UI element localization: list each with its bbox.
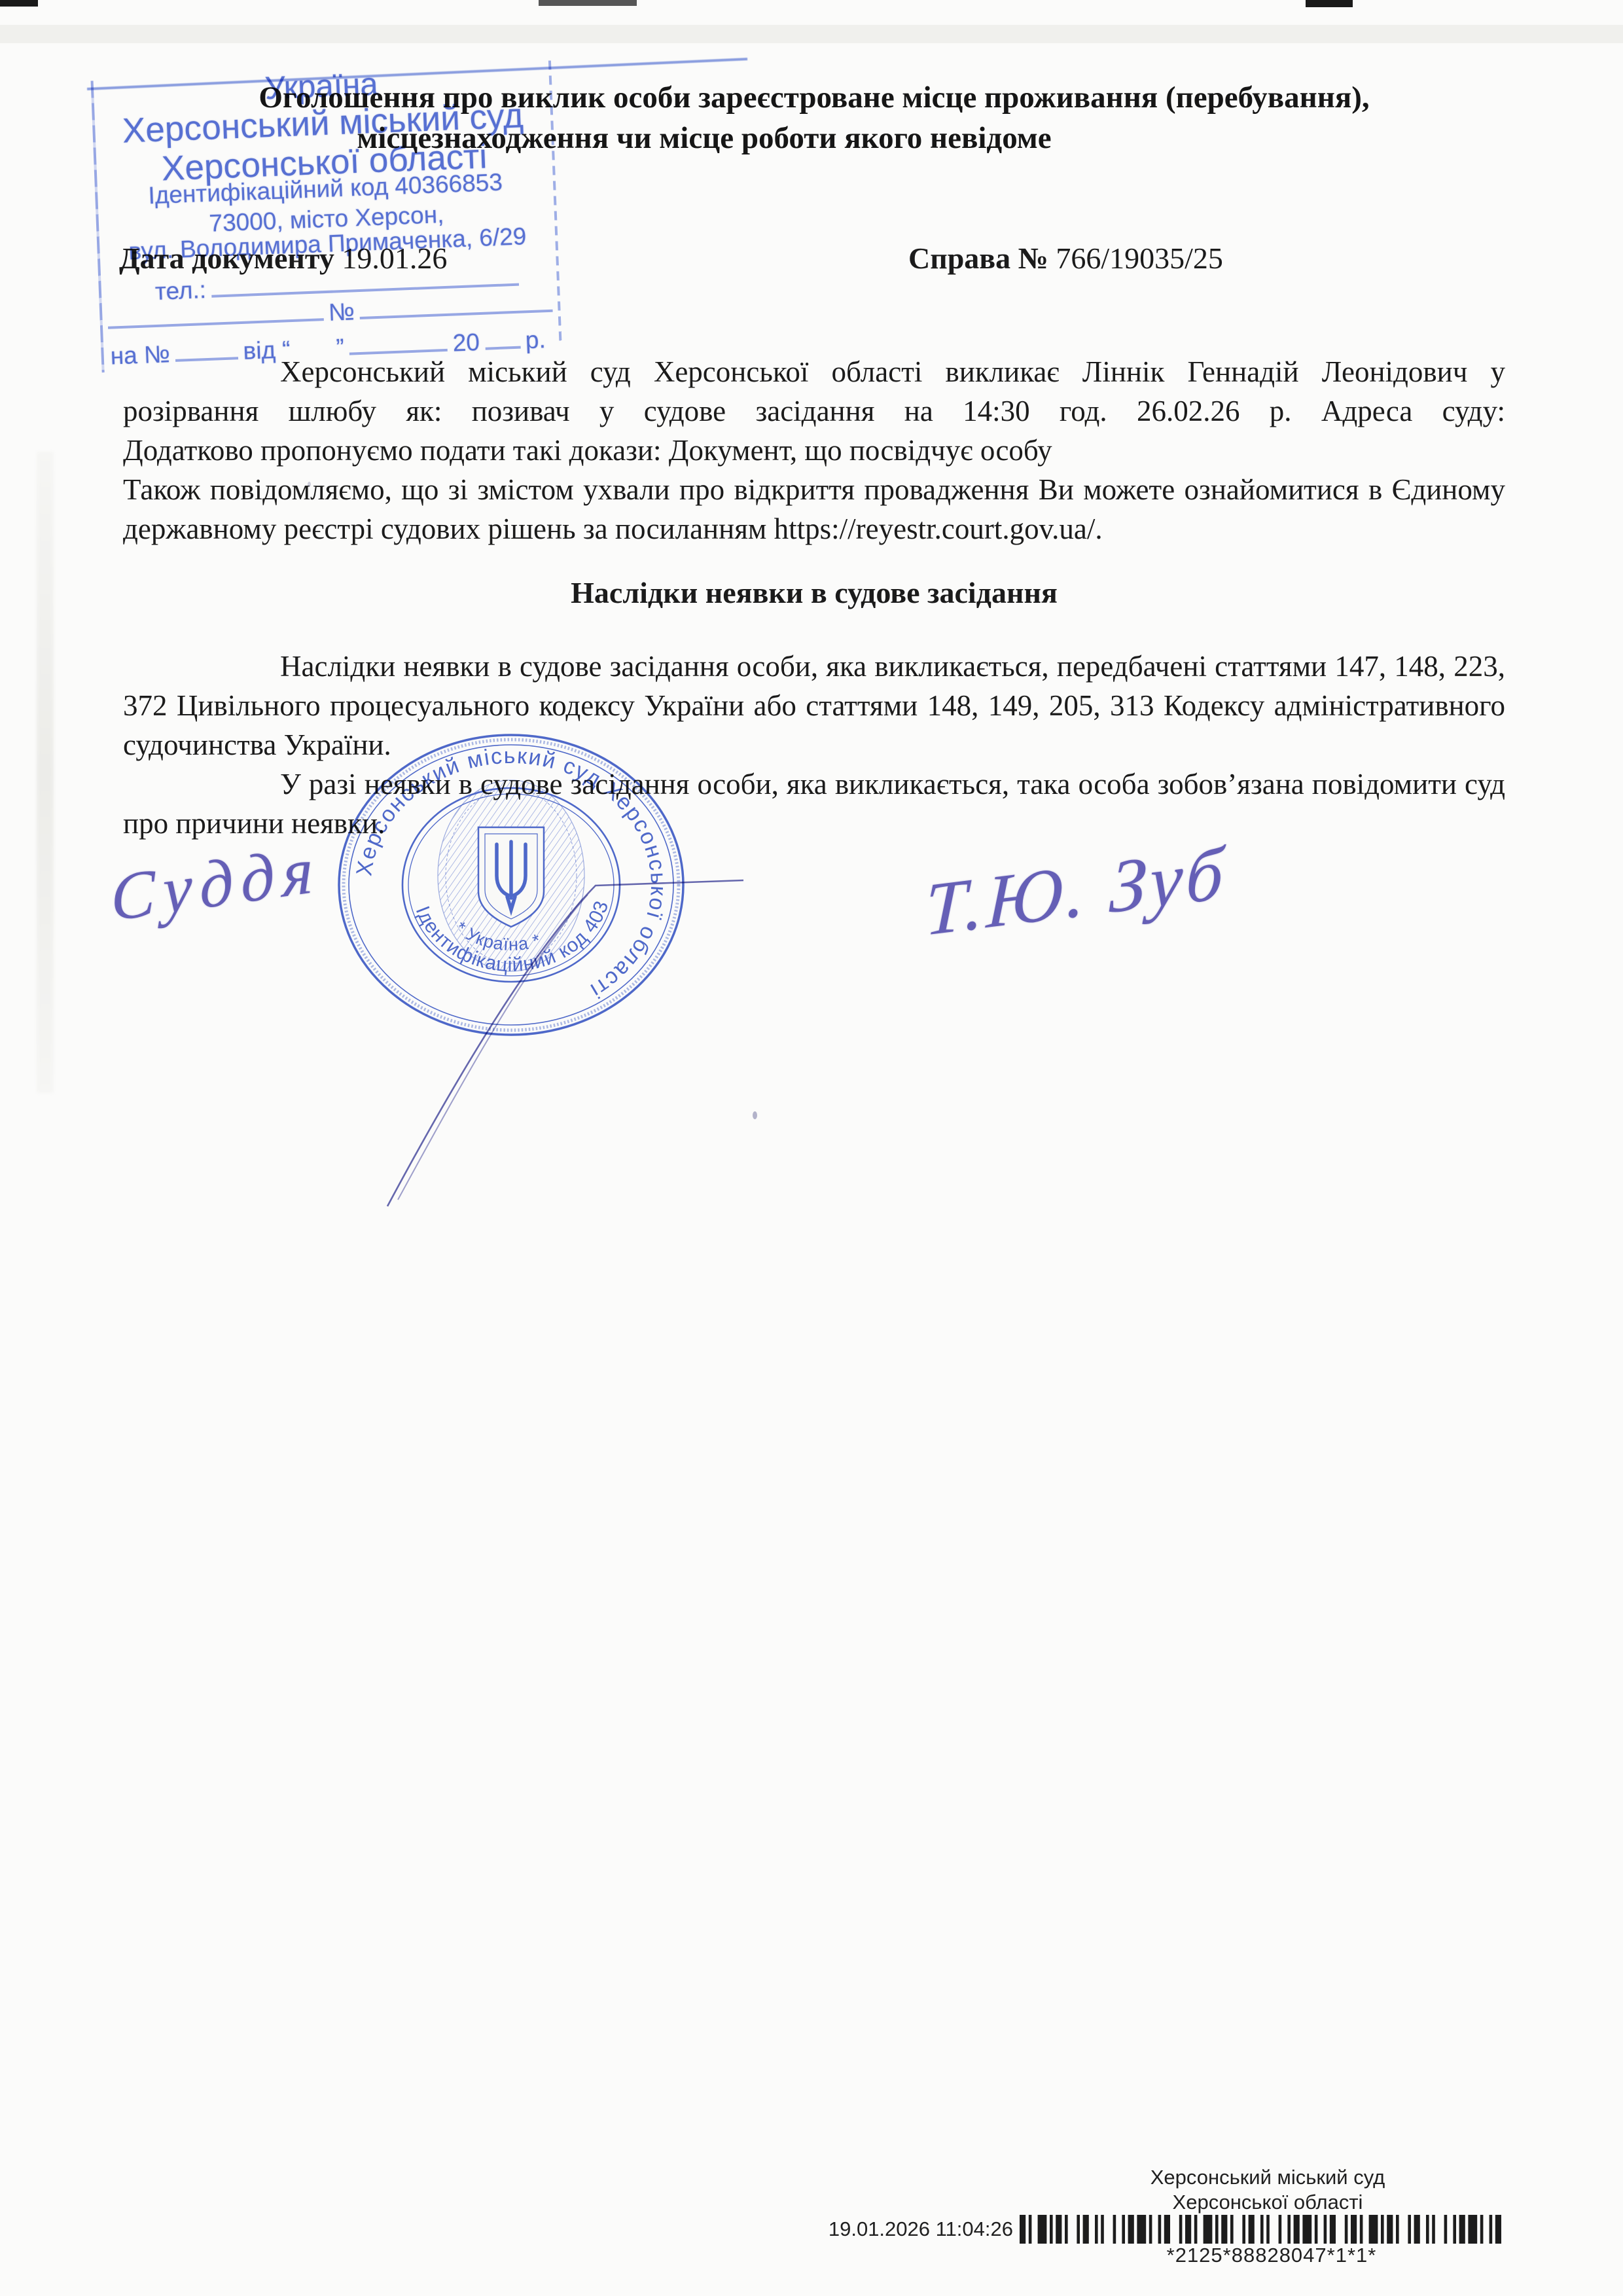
date-label: Дата документу [119,242,334,275]
stamp-phone-label: тел.: [154,276,207,305]
document-title-line-1: Оголошення про виклик особи зареєстрован… [123,77,1505,118]
footer-court-name: Херсонський міський суд Херсонської обла… [1137,2165,1399,2215]
barcode-value: *2125*88828047*1*1* [1141,2244,1402,2267]
scan-band-artifact [0,25,1623,43]
blank-line [349,329,448,355]
judge-role-handwritten: Суддя [111,831,322,937]
case-number-row: Справа № 766/19035/25 [908,240,1223,278]
case-label: Справа № [908,242,1048,275]
document-page: Україна Херсонський міський суд Херсонсь… [0,0,1623,2296]
scan-streak-artifact [37,452,54,1093]
blank-line [484,327,520,350]
document-date-row: Дата документу 19.01.26 [119,240,447,278]
stamp-number-label: № [328,298,355,325]
scan-mark-artifact [1306,0,1353,7]
paragraph-summons: Херсонський міський суд Херсонської обла… [123,352,1505,431]
barcode [1020,2215,1516,2244]
date-value: 19.01.26 [342,242,447,275]
paragraph-registry: Також повідомляємо, що зі змістом ухвали… [123,470,1505,548]
scan-mark-artifact [539,0,637,6]
document-title-line-2: місцезнаходження чи місце роботи якого н… [13,118,1395,158]
paragraph-evidence: Додатково пропонуємо подати такі докази:… [123,431,1505,470]
section-heading: Наслідки неявки в судове засідання [123,573,1505,613]
stamp-year-suffix: р. [525,326,546,353]
judge-signature: Т.Ю. Зуб [923,829,1228,954]
footer-print-datetime: 19.01.2026 11:04:26 [759,2217,1013,2241]
case-number: 766/19035/25 [1056,242,1223,275]
document-title: Оголошення про виклик особи зареєстрован… [123,77,1505,158]
pen-strokes [314,717,785,1234]
footer-court-line-2: Херсонської області [1137,2190,1399,2215]
footer-court-line-1: Херсонський міський суд [1137,2165,1399,2190]
scan-mark-artifact [0,0,38,7]
